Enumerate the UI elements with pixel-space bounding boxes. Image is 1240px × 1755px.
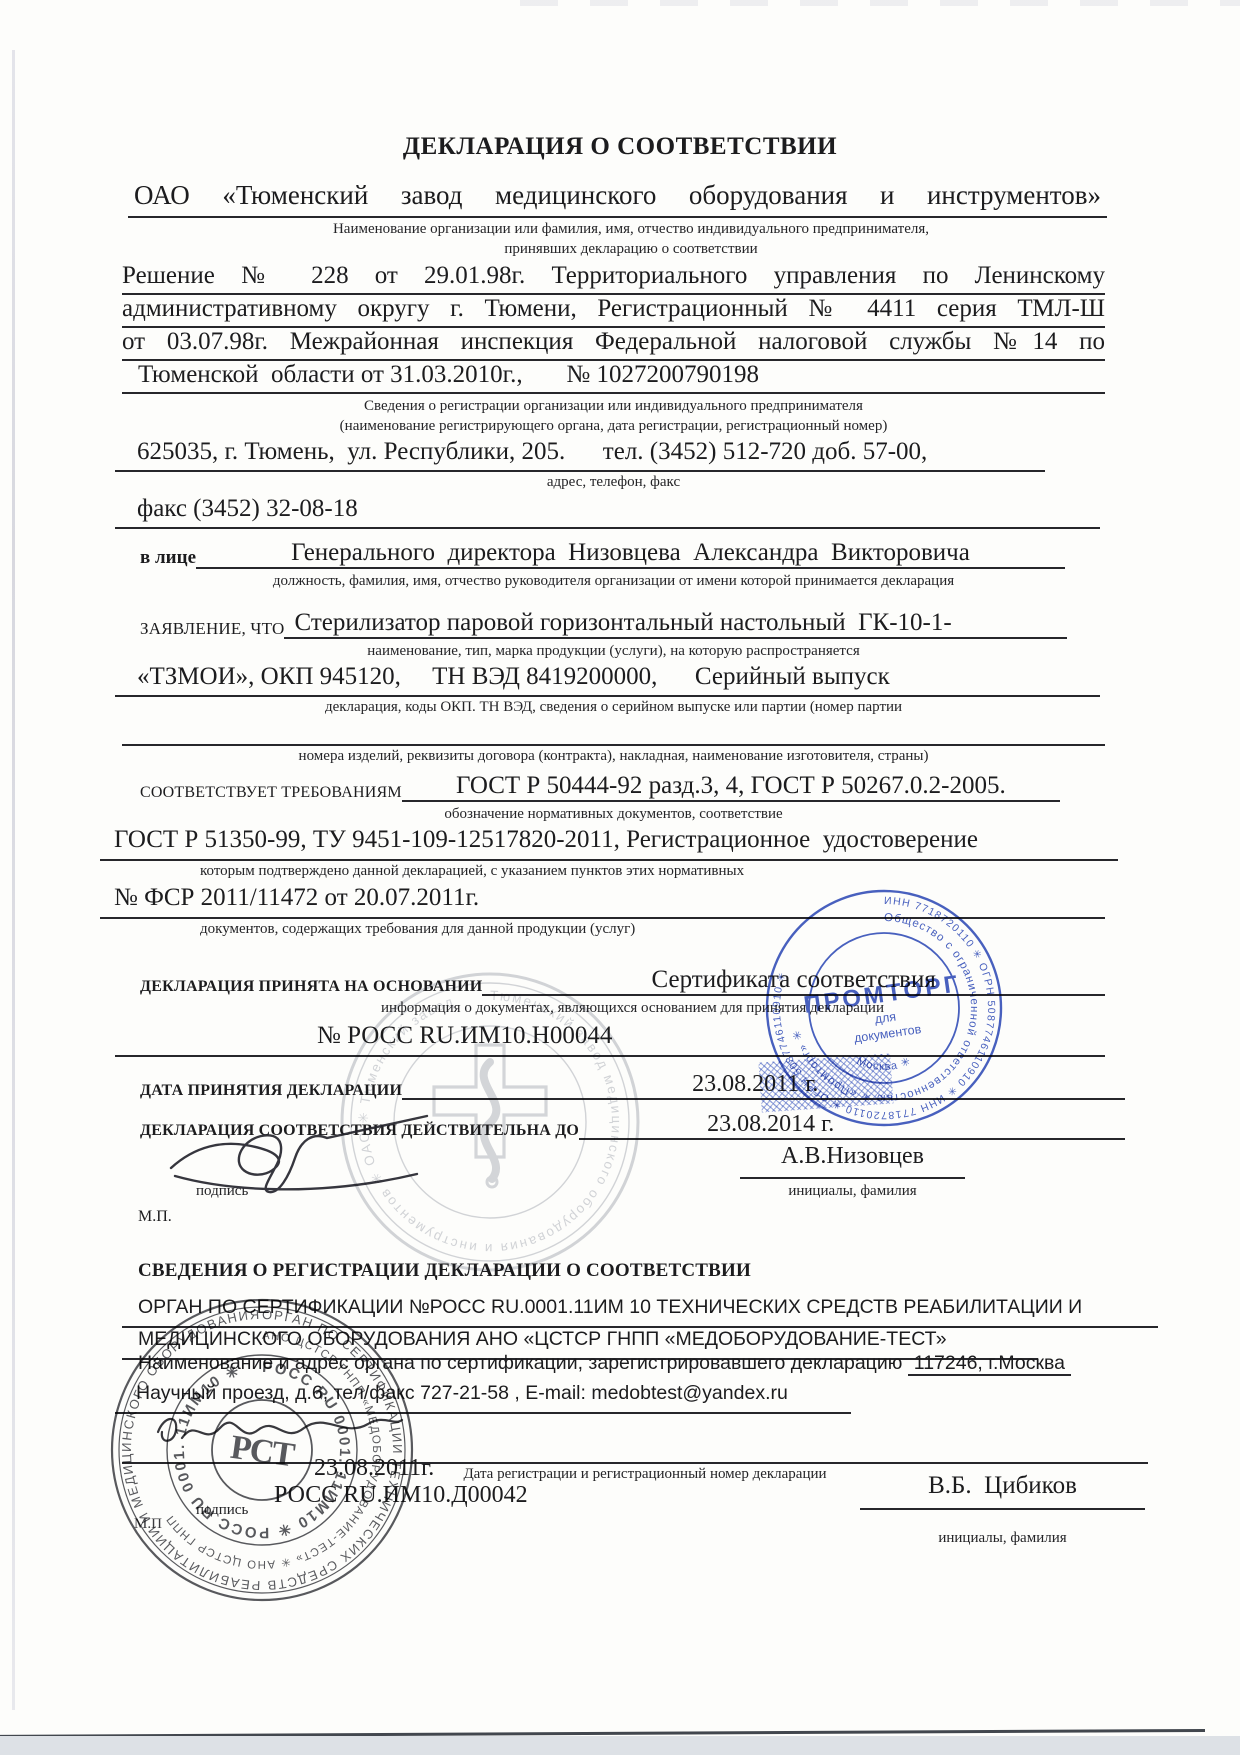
in-person-value: Генерального директора Низовцева Алексан… — [196, 539, 1065, 569]
registration-caption-1: Сведения о регистрации организации или и… — [122, 398, 1105, 415]
fax-line: факс (3452) 32-08-18 — [115, 495, 1100, 529]
in-person-label: в лице — [122, 547, 196, 569]
in-person-row: в лице Генерального директора Низовцева … — [122, 537, 1065, 569]
statement-caption: наименование, тип, марка продукции (услу… — [122, 643, 1105, 660]
organization-caption-2: принявших декларацию о соответствии — [122, 241, 1140, 258]
registration-line-1: Решение № 228 от 29.01.98г. Территориаль… — [122, 262, 1105, 295]
factory-round-stamp: Тюменский завод медицинского оборудовани… — [335, 967, 645, 1277]
norm-line: ГОСТ Р 51350-99, ТУ 9451-109-12517820-20… — [100, 826, 1118, 861]
document-title: ДЕКЛАРАЦИЯ О СООТВЕТСТВИИ — [0, 133, 1240, 161]
signer-caption: инициалы, фамилия — [740, 1183, 965, 1200]
certification-body-round-stamp: ОРГАН ПО СЕРТИФИКАЦИИ ТЕХНИЧЕСКИХ СРЕДСТ… — [106, 1294, 418, 1606]
declaration-document-page: ДЕКЛАРАЦИЯ О СООТВЕТСТВИИ ОАО «Тюменский… — [0, 0, 1240, 1755]
statement-value: Стерилизатор паровой горизонтальный наст… — [284, 609, 1067, 639]
registration-line-4: Тюменской области от 31.03.2010г., № 102… — [122, 361, 1105, 394]
signer-name: А.В.Низовцев — [740, 1143, 965, 1179]
promtorg-stamp-sub-2: документов — [853, 1022, 922, 1045]
scan-edge-artifact-top — [520, 0, 1240, 6]
promtorg-stamp-sub-1: для — [874, 1009, 897, 1026]
conformity-caption: обозначение нормативных документов, соот… — [122, 806, 1105, 823]
address-line: 625035, г. Тюмень, ул. Республики, 205. … — [115, 438, 1045, 472]
organization-caption-1: Наименование организации или фамилия, им… — [122, 221, 1140, 238]
conformity-row: СООТВЕТСТВУЕТ ТРЕБОВАНИЯМ ГОСТ Р 50444-9… — [122, 768, 1060, 802]
cert-body-line-3-value: 117246, г.Москва — [908, 1352, 1071, 1376]
product-caption-2: номера изделий, реквизиты договора (конт… — [122, 748, 1105, 765]
scan-edge-artifact-left — [12, 50, 15, 1710]
statement-label: ЗАЯВЛЕНИЕ, ЧТО — [122, 619, 284, 639]
registration-line-2: административному округу г. Тюмени, Реги… — [122, 295, 1105, 328]
promtorg-stamp-hatch-patch — [758, 1053, 893, 1112]
rst-logo: РСТ — [228, 1429, 297, 1475]
conformity-value: ГОСТ Р 50444-92 разд.3, 4, ГОСТ Р 50267.… — [402, 772, 1060, 802]
product-caption: декларация, коды ОКП. ТН ВЭД, сведения о… — [122, 699, 1105, 716]
organization-name-line: ОАО «Тюменский завод медицинского оборуд… — [128, 180, 1107, 218]
in-person-caption: должность, фамилия, имя, отчество руково… — [122, 573, 1105, 590]
stamp-place-label: М.П. — [138, 1208, 172, 1226]
statement-row: ЗАЯВЛЕНИЕ, ЧТО Стерилизатор паровой гори… — [122, 605, 1067, 639]
blank-line — [122, 720, 1105, 746]
registrar-signer-caption: инициалы, фамилия — [860, 1530, 1145, 1547]
norm-caption: которым подтверждено данной декларацией,… — [200, 863, 744, 880]
registrar-signer-name: В.Б. Цибиков — [860, 1472, 1145, 1510]
registration-caption: Дата регистрации и регистрационный номер… — [420, 1466, 870, 1483]
product-line: «ТЗМОИ», ОКП 945120, ТН ВЭД 8419200000, … — [115, 663, 1100, 697]
scanner-bed-strip — [0, 1736, 1240, 1755]
address-caption: адрес, телефон, факс — [122, 474, 1105, 491]
registration-caption-2: (наименование регистрирующего органа, да… — [122, 418, 1105, 435]
fsr-caption: документов, содержащих требования для да… — [200, 921, 635, 938]
medical-cross-snake-icon — [434, 1045, 546, 1187]
registration-line-3: от 03.07.98г. Межрайонная инспекция Феде… — [122, 328, 1105, 361]
conformity-label: СООТВЕТСТВУЕТ ТРЕБОВАНИЯМ — [122, 784, 402, 802]
